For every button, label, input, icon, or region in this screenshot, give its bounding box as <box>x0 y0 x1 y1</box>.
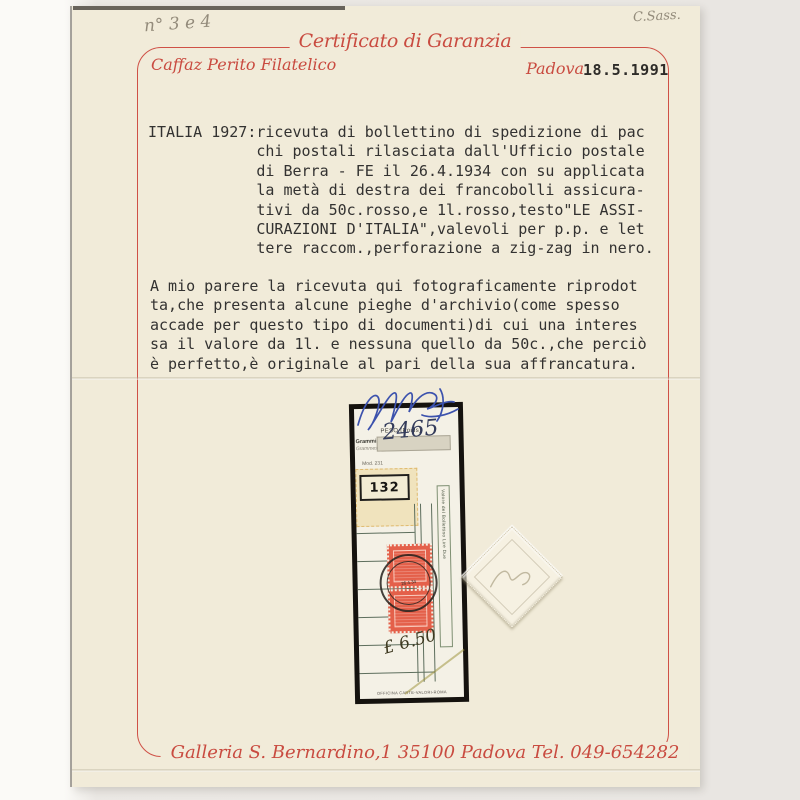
fold-crease-upper <box>72 377 700 380</box>
grammi-label: Grammi <box>356 439 377 445</box>
form-model-label: Mod. 231 <box>362 461 383 467</box>
grammes-label: Grammes <box>356 446 378 452</box>
table-line <box>357 532 415 534</box>
footer-address: Galleria S. Bernardino,1 35100 Padova Te… <box>161 742 690 763</box>
scanned-certificate: n° 3 e 4 C.Sass. Certificato di Garanzia… <box>0 0 800 800</box>
receipt-number-box: 132 <box>359 474 410 501</box>
pencil-note-right: C.Sass. <box>633 8 681 25</box>
expert-name: Caffaz Perito Filatelico <box>151 55 336 74</box>
page-title: Certificato di Garanzia <box>290 30 521 52</box>
sheet-edge-shadow <box>73 6 345 10</box>
parcel-receipt: PESO (Poids) Grammi Grammes 2465 Mod. 23… <box>354 407 464 699</box>
opinion-paragraph: A mio parere la ricevuta qui fotografica… <box>150 277 647 374</box>
place-label: Padova <box>526 59 584 78</box>
certificate-date: 18.5.1991 <box>583 61 669 79</box>
valore-label: Valore del Bollettino Lire Due <box>441 489 447 559</box>
embossed-signature <box>477 553 549 603</box>
expert-signature-ink <box>352 385 464 433</box>
valore-column: Valore del Bollettino Lire Due <box>437 485 453 647</box>
pencil-note-left: n° 3 e 4 <box>143 12 212 37</box>
fold-crease-lower <box>72 769 700 772</box>
description-paragraph: ITALIA 1927:ricevuta di bollettino di sp… <box>148 123 654 259</box>
certificate-sheet: n° 3 e 4 C.Sass. Certificato di Garanzia… <box>72 6 700 787</box>
